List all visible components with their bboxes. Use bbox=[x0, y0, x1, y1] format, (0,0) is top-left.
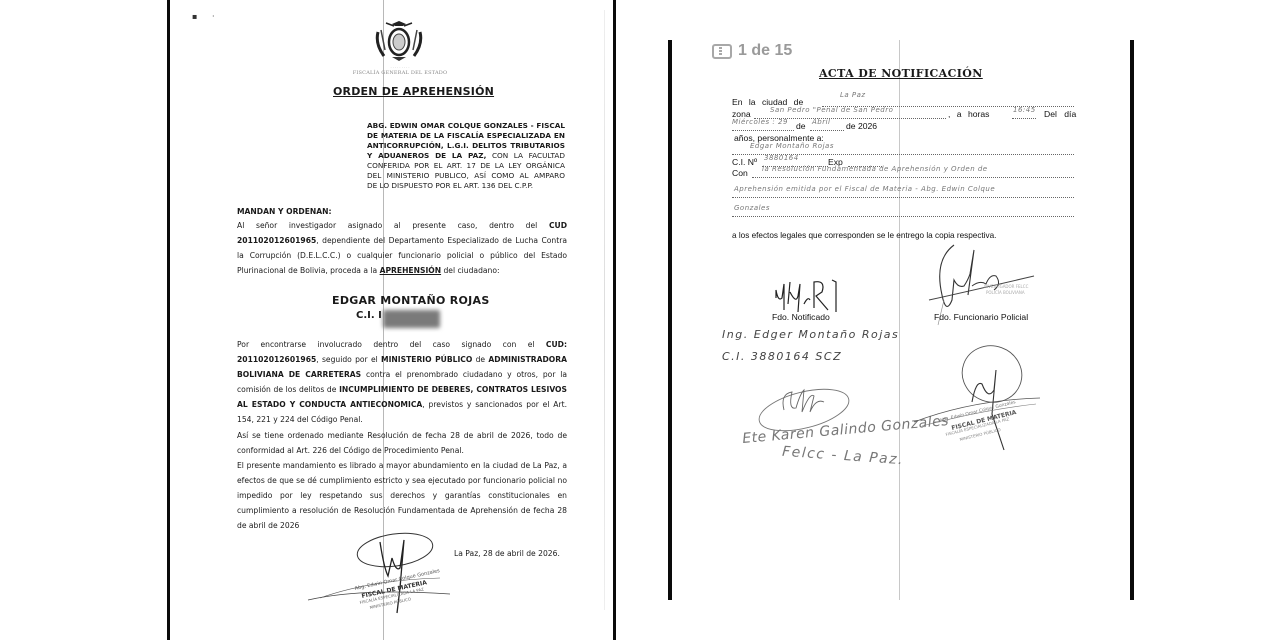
notified-person-signature bbox=[772, 276, 852, 316]
mandate-paragraph: El presente mandamiento es librado a may… bbox=[237, 458, 567, 533]
scan-edge-shadow bbox=[604, 10, 605, 610]
notification-act-document: 1 de 15 ACTA DE NOTIFICACIÓN En la ciuda… bbox=[668, 40, 1134, 600]
closing-text: a los efectos legales que corresponden s… bbox=[732, 231, 996, 240]
con-value-line-1: la Resolución Fundamentada de Aprehensió… bbox=[762, 165, 988, 173]
handwritten-notified-name: Ing. Edger Montaño Rojas bbox=[722, 328, 899, 341]
notified-signature-label: Fdo. Notificado bbox=[772, 312, 830, 322]
horas-label: , a horas bbox=[948, 109, 989, 119]
ci-value: 3880164 bbox=[764, 154, 799, 162]
ciudad-value: La Paz bbox=[840, 91, 866, 99]
accused-name: EDGAR MONTAÑO ROJAS bbox=[332, 294, 490, 307]
con-label: Con bbox=[732, 168, 748, 178]
con-value-line-3: Gonzales bbox=[734, 204, 770, 212]
prosecutor-line: DEL MINISTERIO PUBLICO, ASÍ COMO AL AMPA… bbox=[367, 171, 565, 181]
ci-label: C.I. Nº bbox=[732, 157, 757, 167]
sidebar-pages-icon[interactable] bbox=[712, 44, 732, 59]
prosecutor-line: ANTICORRUPCIÓN, L.G.I. DELITOS TRIBUTARI… bbox=[367, 141, 565, 151]
page-counter: 1 de 15 bbox=[738, 42, 792, 60]
order-paragraph: Al señor investigador asignado al presen… bbox=[237, 218, 567, 278]
con-line-3 bbox=[732, 207, 1074, 217]
prosecutor-signature-stamp: Abg. Edwin Omar Colque Gonzales FISCAL D… bbox=[300, 528, 450, 618]
page-indicator[interactable]: 1 de 15 bbox=[712, 42, 792, 60]
officer-signature-label: Fdo. Funcionario Policial bbox=[934, 312, 1028, 322]
document-title: ORDEN DE APREHENSIÓN bbox=[333, 85, 494, 98]
de-label: de bbox=[796, 121, 806, 131]
persona-value: Edgar Montaño Rojas bbox=[750, 142, 834, 150]
arrest-warrant-document: ▪ · · · · · · · · · · FISCALÍA GENERAL D… bbox=[167, 0, 616, 640]
page-fold-line bbox=[899, 40, 900, 600]
handwritten-notified-ci: C.I. 3880164 SCZ bbox=[722, 350, 842, 363]
prosecutor-line: Y ADUANEROS DE LA PAZ, CON LA FACULTAD bbox=[367, 151, 565, 161]
svg-text:INVESTIGADOR FELCC: INVESTIGADOR FELCC bbox=[984, 284, 1029, 289]
horas-value: 16:45 bbox=[1013, 106, 1036, 114]
bolivia-coat-of-arms-icon bbox=[372, 20, 426, 62]
accused-ci-label: C.I. I bbox=[356, 310, 382, 321]
prosecutor-line: DE MATERIA DE LA FISCALÍA ESPECIALIZADA … bbox=[367, 131, 565, 141]
con-value-line-2: Aprehensión emitida por el Fiscal de Mat… bbox=[734, 185, 995, 193]
del-dia-label: Del día bbox=[1044, 109, 1076, 119]
redacted-ci-number bbox=[383, 310, 440, 328]
prosecutor-signature-stamp: Abg. Edwin Omar Colque Gonzales FISCAL D… bbox=[912, 340, 1042, 460]
mandan-heading: MANDAN Y ORDENAN: bbox=[237, 204, 567, 219]
svg-text:POLICÍA BOLIVIANA: POLICÍA BOLIVIANA bbox=[986, 290, 1025, 295]
date-place: La Paz, 28 de abril de 2026. bbox=[454, 549, 560, 558]
prosecutor-line: DE LO DISPUESTO POR EL ART. 136 DEL C.P.… bbox=[367, 181, 565, 191]
prosecutor-line: CONFERIDA POR EL ART. 17 DE LA LEY ORGÁN… bbox=[367, 161, 565, 171]
resolution-paragraph: Así se tiene ordenado mediante Resolució… bbox=[237, 428, 567, 458]
prosecutor-line: ABG. EDWIN OMAR COLQUE GONZALES - FISCAL bbox=[367, 121, 565, 131]
document-title: ACTA DE NOTIFICACIÓN bbox=[819, 67, 983, 80]
mes-value: Abril bbox=[812, 118, 831, 126]
dia-value: Miércoles : 29 bbox=[732, 118, 788, 126]
scan-specks: ▪ · bbox=[192, 12, 221, 21]
institution-caption: FISCALÍA GENERAL DEL ESTADO bbox=[320, 70, 480, 76]
zona-value: San Pedro "Penal de San Pedro bbox=[770, 106, 893, 114]
issuing-prosecutor-block: ABG. EDWIN OMAR COLQUE GONZALES - FISCAL… bbox=[367, 121, 565, 191]
year-label: de 2026 bbox=[846, 121, 877, 131]
charges-paragraph: Por encontrarse involucrado dentro del c… bbox=[237, 337, 567, 427]
